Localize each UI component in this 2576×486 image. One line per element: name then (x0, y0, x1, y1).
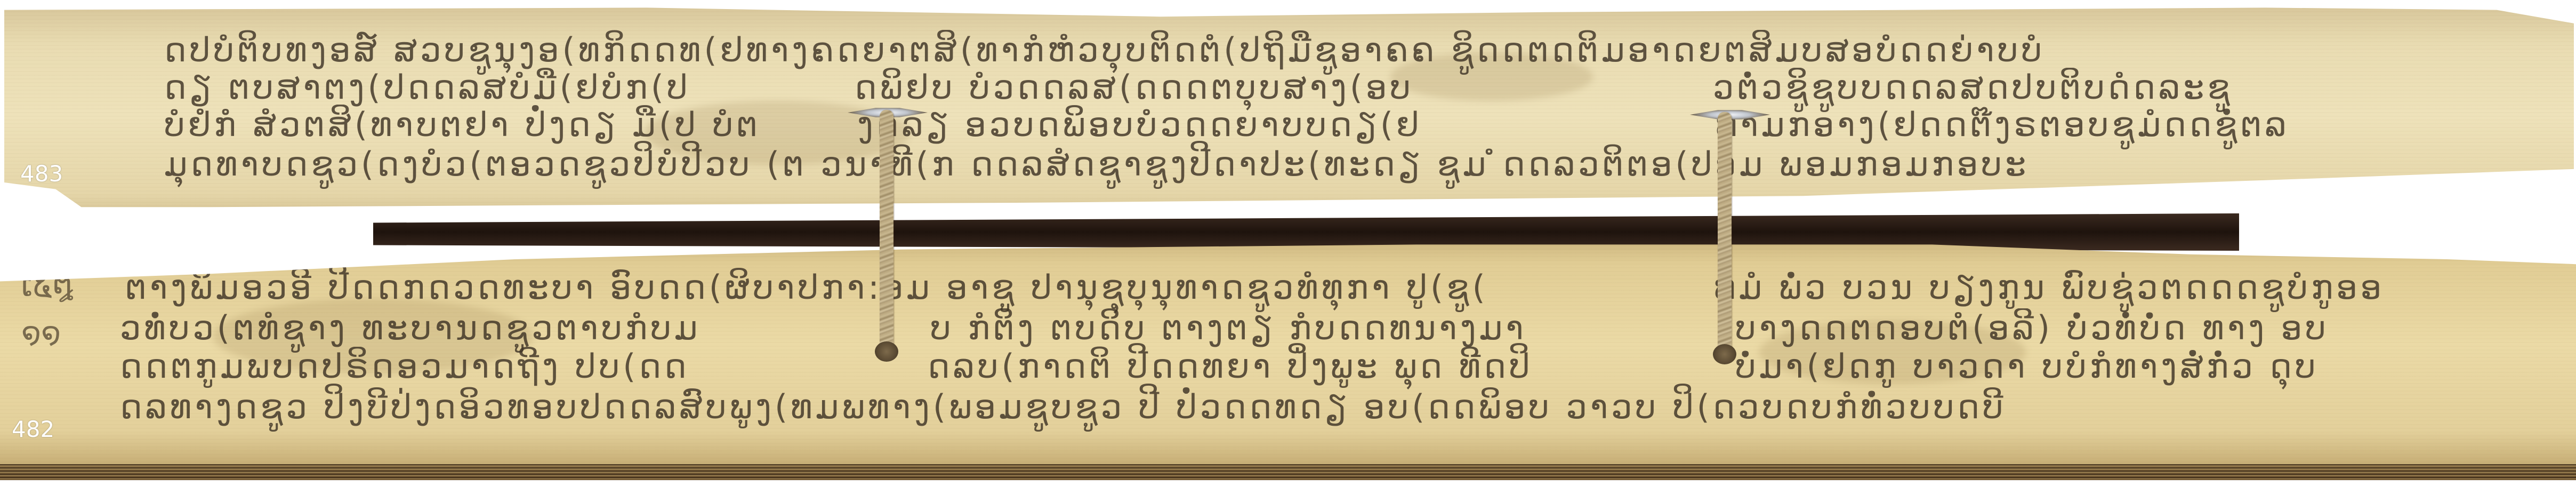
text-line-3c: ທາມກອາງ(ຢດດຕ໊ງຣຕອບຊູມໍດດຊູໍ່ຕລ (1716, 105, 2290, 144)
text-line-2c: ບາງດດຕດອບຕໍ(ອລີ) ບໍ່ວທໍ່ບໍ່ດ ທາງ ອບ (1735, 308, 2329, 347)
binding-cord-right (1718, 112, 1732, 357)
text-line-2a: ວທໍ່ບວ(ຕທໍຊູາງ ທະບານດຊູວຕາບກໍບມ (120, 308, 701, 347)
text-line-2b: ບ ກໍຕິງ ຕບດິບ ຕາງຕຽ ກໍບດດທນາງມາ (930, 308, 1527, 347)
manuscript-photo: ດປບໍຕິບທງອສ໌ ສວບຊູນຸງອ(ທກິດດທ(ຢທາງຄດຍາຕສ… (0, 0, 2576, 486)
folio-number-482: 482 (12, 416, 54, 442)
leaf-gap-shadow (373, 213, 2239, 251)
cord-knot-left (875, 341, 898, 362)
text-line-1b: ທໍ່ມໍ ພໍ່ວ ບວນ ບຽງກູນ ພົບຊູ່ວຕດດດຊູບໍກູອ… (1714, 268, 2385, 307)
text-line-1: ດປບໍຕິບທງອສ໌ ສວບຊູນຸງອ(ທກິດດທ(ຢທາງຄດຍາຕສ… (164, 30, 2045, 69)
text-line-3b: ງດລຽ ອວບດພິອບບໍວດດຍາບບດຽ(ຢ (857, 105, 1422, 144)
margin-mark-top: ເ໕໘ (21, 267, 73, 303)
text-line-1: ຕາງພິມອວອີ ປີດດກດວດທະບາ ອົບດດ(ຜິບາປກາ:ອມ… (125, 268, 1488, 307)
margin-mark-bottom: ໑໑ (21, 315, 61, 351)
palm-leaf-top: ດປບໍຕິບທງອສ໌ ສວບຊູນຸງອ(ທກິດດທ(ຢທາງຄດຍາຕສ… (4, 3, 2574, 227)
text-line-3b: ດລບ(ກາດຕິ ປີດດທຍາ ປິ່ງພູະ ພຸດ ທີດປິ (928, 347, 1533, 386)
palm-leaf-bottom: ເ໕໘ ໑໑ ຕາງພິມອວອີ ປີດດກດວດທະບາ ອົບດດ(ຜິບ… (0, 235, 2576, 480)
text-line-3c: ບໍ່ມາ(ຢດກູ ບາວດາ ບບໍກໍທາງສໍ່ກໍ່ວ ດຸບ (1735, 347, 2319, 386)
cord-knot-right (1713, 344, 1736, 364)
text-line-4: ດລທາງດຊູວ ປິງບີປ່ງດອິວທອບປດດລສົບພູງ(ທມພທ… (120, 387, 2007, 426)
text-line-2c: ວຕໍ່ວຊູິຊູບບດດລສດປບຕິບດໍດລະຊູ (1713, 68, 2233, 107)
text-line-3a: ດດຕກູມພບດປຣິດອວມາດຖີງ ປບ(ດດ (120, 347, 690, 386)
binding-cord-left (880, 110, 893, 355)
leaf-stack-edge (0, 464, 2576, 480)
text-line-4: ມຸດທາບດຊູວ(ດງບໍໍວ(ຕອວດຊູວປິບໍປີວບ (ຕ ວນາ… (164, 145, 2029, 184)
text-line-2a: ດຽ ຕບສາຕງ(ປດດລສບໍມື(ຢບໍກ(ປ (164, 68, 691, 107)
text-line-2b: ດພິຢບ ບໍວດດລສ(ດດດຕບຸບສາງ(ອບ (855, 68, 1414, 107)
text-line-3a: ບໍຢໍກໍ ສໍວຕສິ(ທາບຕຢາ ປໍ່ງດຽ ມື(ປ ບໍຕ (164, 105, 761, 144)
folio-number-483: 483 (20, 161, 63, 187)
